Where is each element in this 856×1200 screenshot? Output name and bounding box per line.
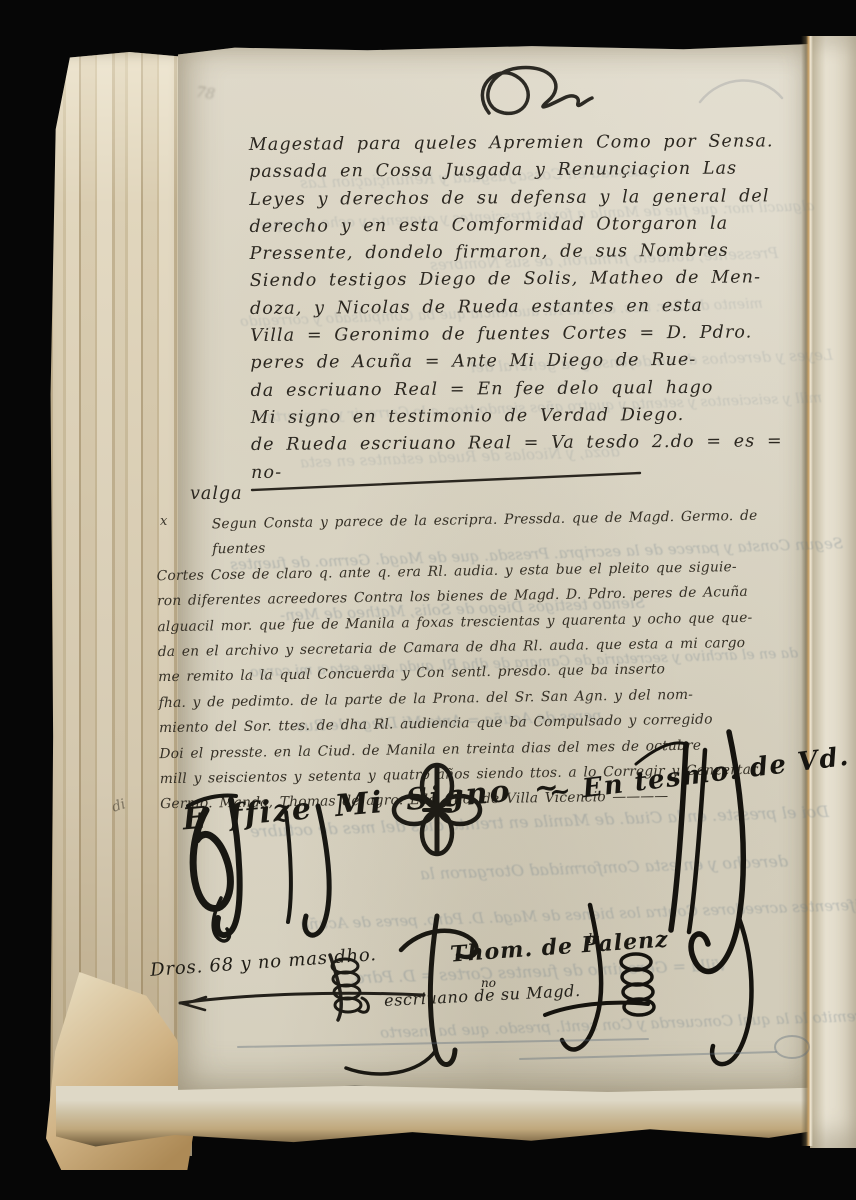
manuscript-line: derecho y en esta Comformidad Otorgaron … xyxy=(249,210,815,241)
manuscript-photo: 78 di passada en Cossa Jusgada y Renunçi… xyxy=(0,0,856,1200)
main-text-block: Magestad para queles Apremien Como por S… xyxy=(249,128,817,487)
signer-name-superscript: la xyxy=(588,932,600,947)
manuscript-line: de Rueda escriuano Real = Va tesdo 2.do … xyxy=(251,428,817,487)
manuscript-line: Mi signo en testimonio de Verdad Diego. xyxy=(251,401,817,432)
manuscript-line: Pressente, dondelo firmaron, de sus Nomb… xyxy=(250,237,816,268)
manuscript-line: Magestad para queles Apremien Como por S… xyxy=(249,128,815,159)
manuscript-line: doza, y Nicolas de Rueda estantes en est… xyxy=(250,292,816,323)
manuscript-line: da escriuano Real = En fee delo qual hag… xyxy=(250,374,816,405)
folio-mark: 78 xyxy=(195,83,216,103)
manuscript-line: Leyes y derechos de su defensa y la gene… xyxy=(249,183,815,214)
manuscript-line: passada en Cossa Jusgada y Renunçiaçion … xyxy=(249,155,815,186)
valga-note: valga xyxy=(190,484,243,504)
manuscript-line: Siendo testigos Diego de Solis, Matheo d… xyxy=(250,265,816,296)
manuscript-line: Villa = Geronimo de fuentes Cortes = D. … xyxy=(250,319,816,350)
manuscript-line: peres de Acuña = Ante Mi Diego de Rue- xyxy=(250,346,816,377)
